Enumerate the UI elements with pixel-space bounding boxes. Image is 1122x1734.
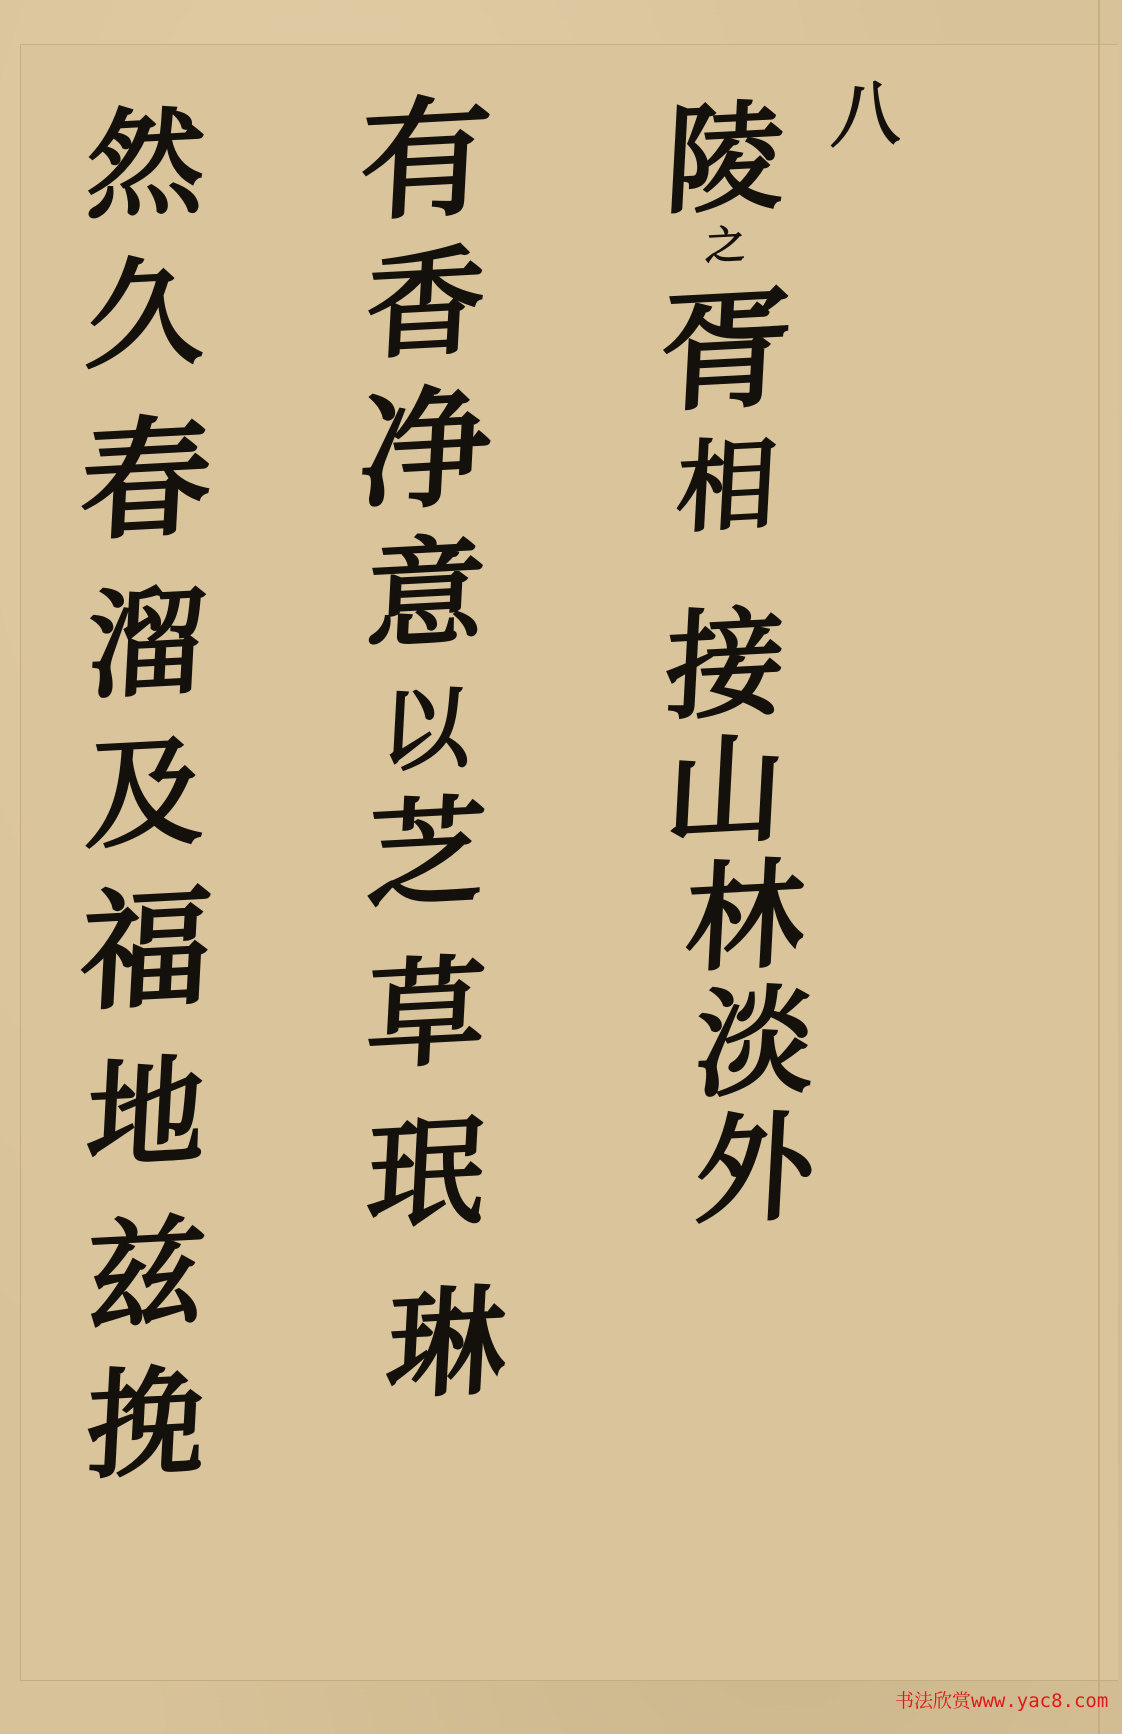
- character: 珉: [361, 1112, 488, 1288]
- character: 溜: [82, 582, 208, 738]
- character: 春: [75, 412, 214, 589]
- character: 八: [827, 78, 904, 207]
- character: 意: [362, 532, 488, 688]
- character: 陵: [662, 97, 787, 229]
- text-column-left: 然 久 春 溜 及 福 地 兹 挽: [60, 105, 230, 1515]
- site-watermark: 书法欣赏www.yac8.com: [895, 1686, 1108, 1713]
- character: 胥: [656, 283, 794, 440]
- character: 挽: [82, 1362, 208, 1518]
- character: 芝: [362, 792, 489, 958]
- character: 然: [82, 102, 208, 258]
- character: 福: [75, 882, 214, 1059]
- character: 相: [670, 433, 779, 608]
- character: 林: [682, 855, 807, 987]
- character: 地: [82, 1052, 209, 1218]
- character: 及: [82, 732, 208, 888]
- character: 兹: [82, 1212, 208, 1368]
- text-column-middle: 有 香 净 意 以 芝 草 珉 琳: [330, 95, 520, 1455]
- character: 香: [362, 242, 488, 388]
- character: 净: [356, 382, 494, 539]
- character: 淡: [692, 981, 817, 1113]
- character: 外: [692, 1107, 817, 1239]
- character: 接: [662, 603, 787, 735]
- character: 有: [356, 92, 494, 249]
- character: 久: [82, 252, 209, 418]
- character: 草: [362, 952, 489, 1118]
- character: 以: [377, 683, 473, 798]
- text-column-right: 八 陵 之 胥 相 接 山 林 淡 外: [640, 80, 810, 1236]
- character: 琳: [381, 1282, 508, 1458]
- character: 山: [662, 729, 787, 861]
- calligraphy-sheet: 八 陵 之 胥 相 接 山 林 淡 外 有 香 净 意 以 芝 草 珉 琳 然 …: [0, 0, 1122, 1734]
- mounting-seam: [1098, 0, 1100, 1734]
